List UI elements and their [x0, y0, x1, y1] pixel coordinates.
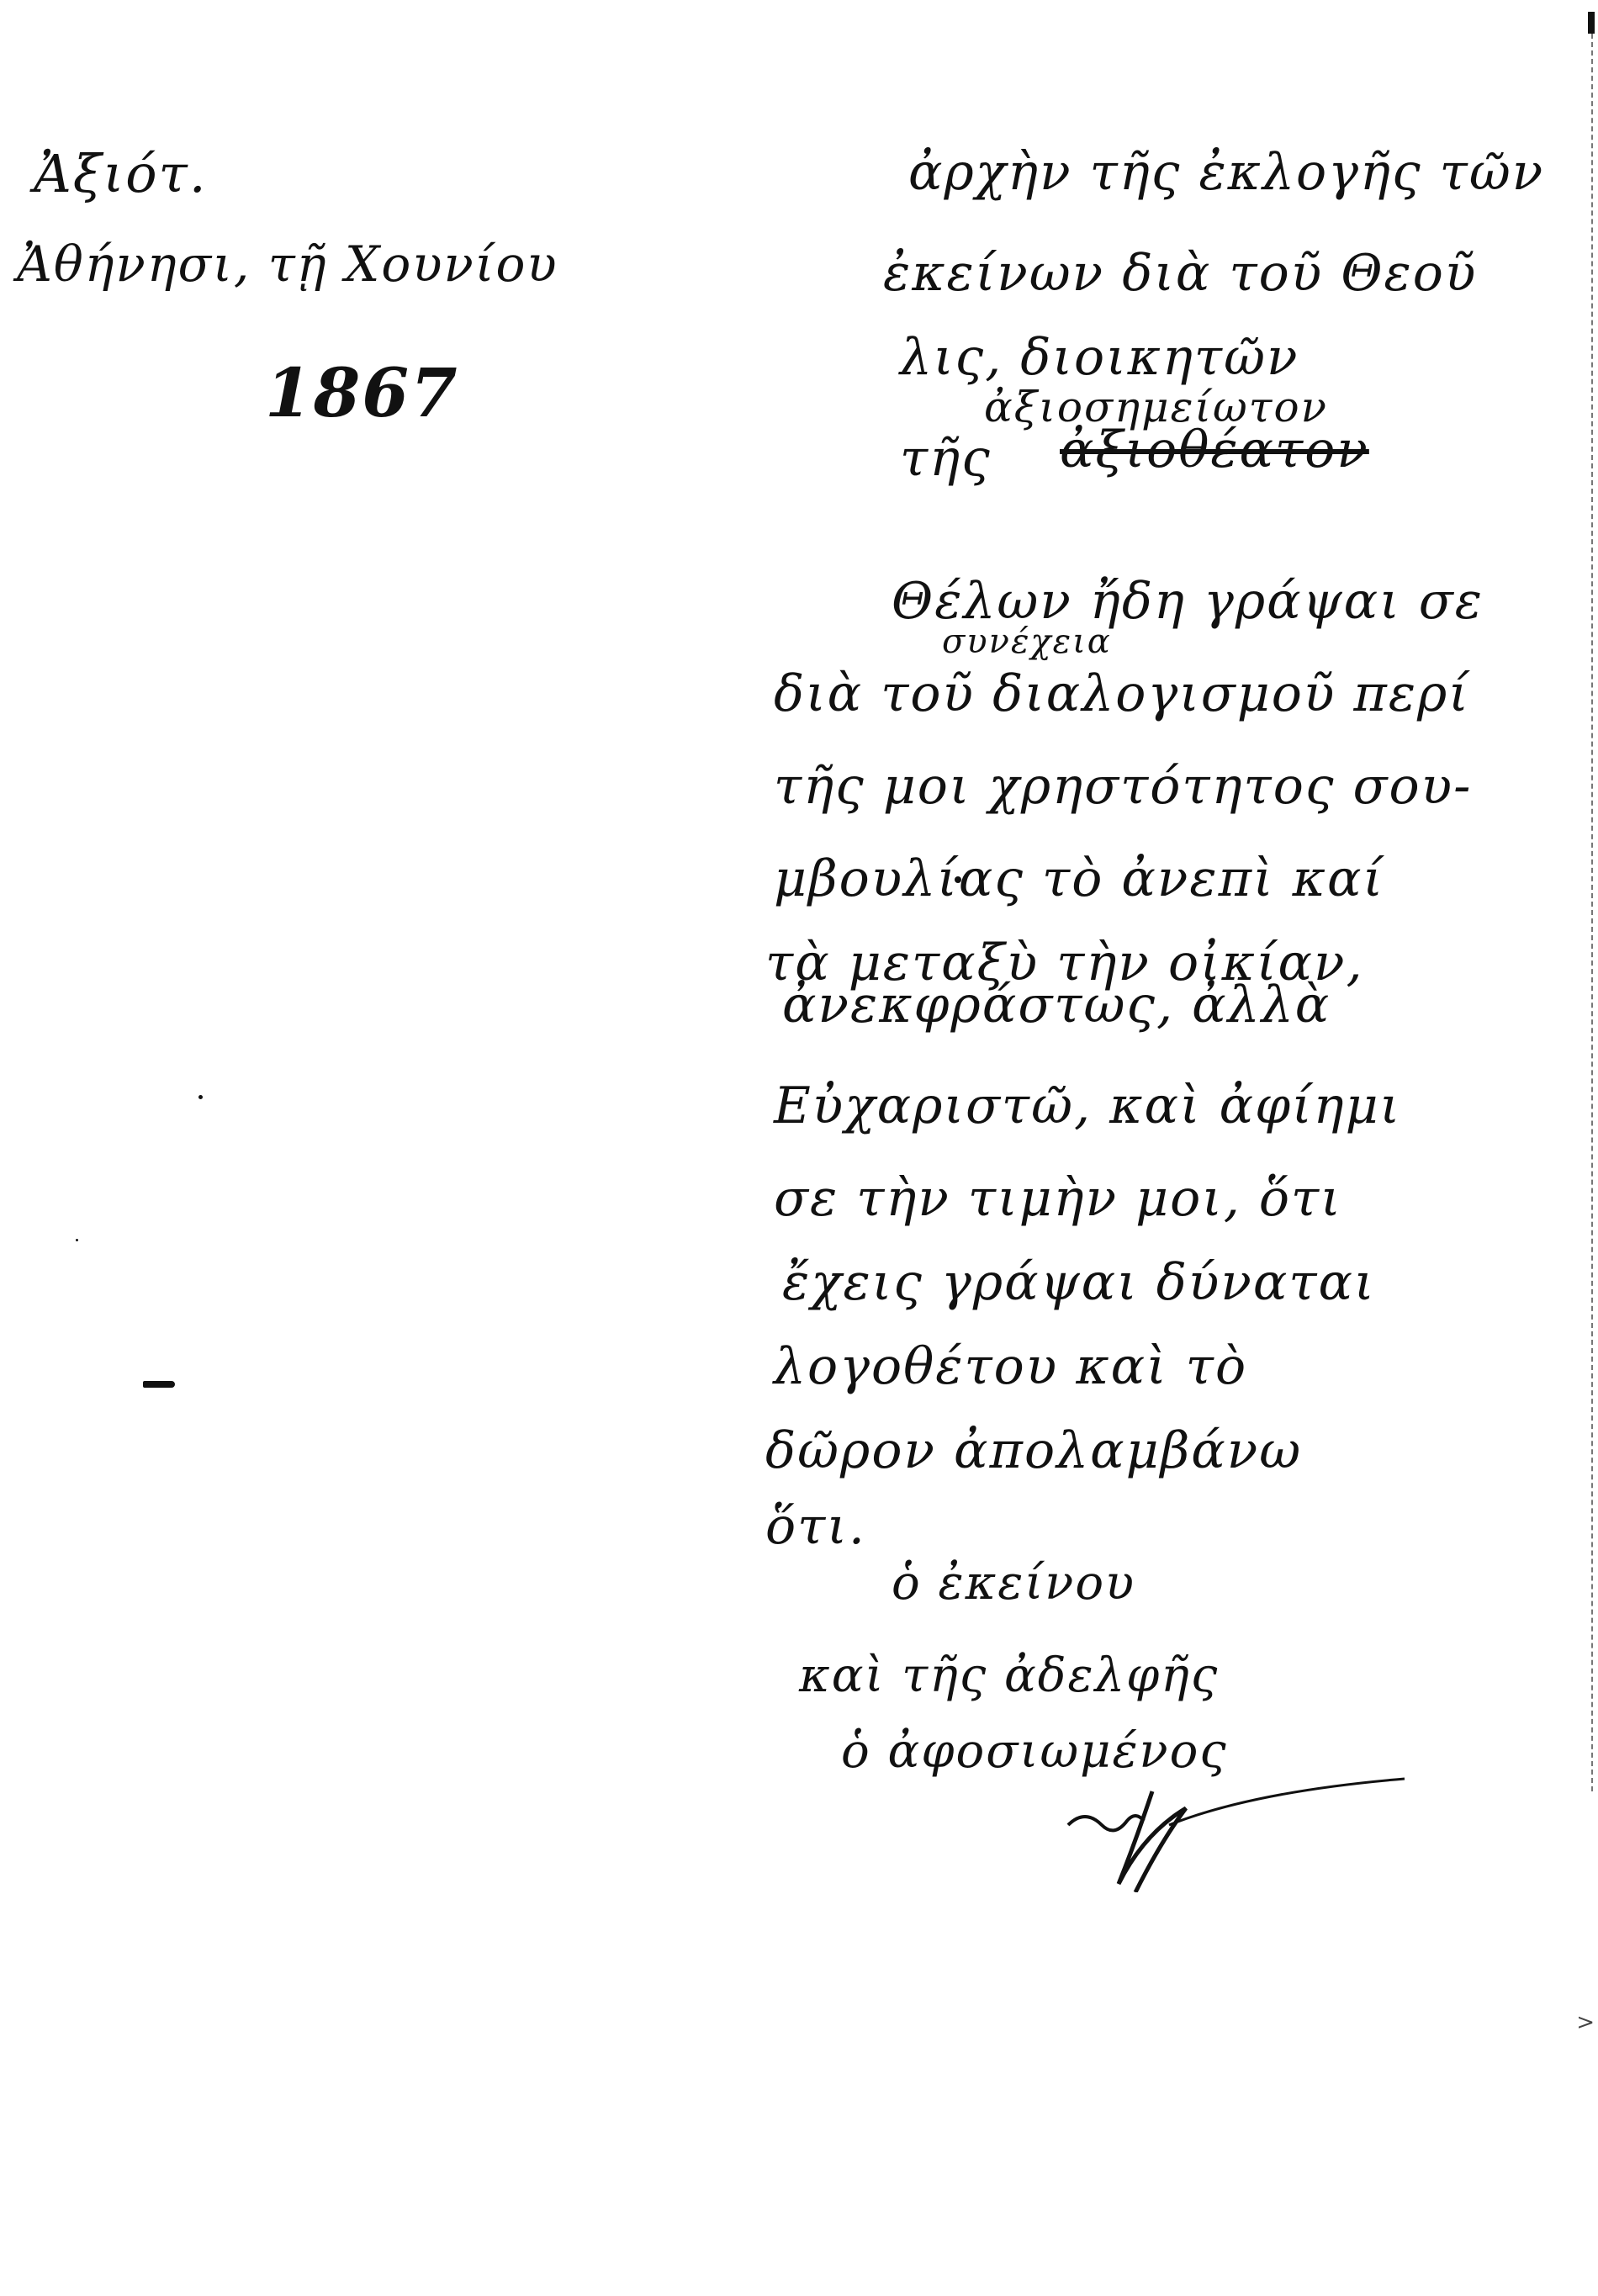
scan-edge-mark: [1588, 12, 1595, 34]
struck-word: ἀξιοθέατον: [1060, 421, 1369, 479]
body-line-15: λογοθέτου καὶ τὸ: [774, 1337, 1247, 1396]
body-line-13: σε τὴν τιμὴν μοι, ὅτι: [774, 1169, 1342, 1228]
ink-speck: [76, 1239, 78, 1241]
year: 1867: [265, 353, 459, 432]
interlinear-insertion-2: συνέχεια: [942, 622, 1112, 661]
ink-speck: [955, 876, 961, 883]
body-line-8: τῆς μοι χρηστότητος σου-: [774, 757, 1472, 816]
body-line-1: ἀρχὴν τῆς ἐκλογῆς τῶν: [908, 143, 1544, 202]
ink-speck: [198, 1095, 203, 1099]
body-line-11: ἀνεκφράστως, ἀλλὰ: [782, 976, 1331, 1034]
scan-page-edge: [1591, 34, 1593, 1791]
signature: [1051, 1775, 1421, 1892]
body-line-2: ἐκείνων διὰ τοῦ Θεοῦ: [883, 244, 1477, 303]
closing-line-2: καὶ τῆς ἀδελφῆς: [799, 1648, 1219, 1703]
ink-blot: [143, 1381, 175, 1388]
body-line-12: Εὐχαριστῶ, καὶ ἀφίημι: [774, 1077, 1401, 1135]
body-line-17: ὅτι.: [765, 1497, 866, 1556]
closing-line-1: ὁ ἐκείνου: [892, 1556, 1135, 1611]
place-line: Ἀθήνησι, τῇ Χουνίου: [17, 235, 558, 293]
body-line-16: δῶρον ἀπολαμβάνω: [765, 1421, 1302, 1480]
salutation: Ἀξιότ.: [34, 143, 208, 204]
body-line-9: μβουλίας τὸ ἀνεπὶ καί: [774, 849, 1384, 908]
body-line-7: διὰ τοῦ διαλογισμοῦ περί: [774, 664, 1470, 723]
body-line-5: τῆς: [900, 429, 992, 488]
edge-glyph: >: [1576, 2010, 1595, 2035]
closing-line-3: ὁ ἀφοσιωμένος: [841, 1724, 1228, 1779]
body-line-14: ἔχεις γράψαι δύναται: [782, 1253, 1376, 1312]
body-line-3: λις, διοικητῶν: [900, 328, 1299, 387]
manuscript-page: > Ἀξιότ. Ἀθήνησι, τῇ Χουνίου 1867 ἀρχὴν …: [0, 0, 1598, 2296]
